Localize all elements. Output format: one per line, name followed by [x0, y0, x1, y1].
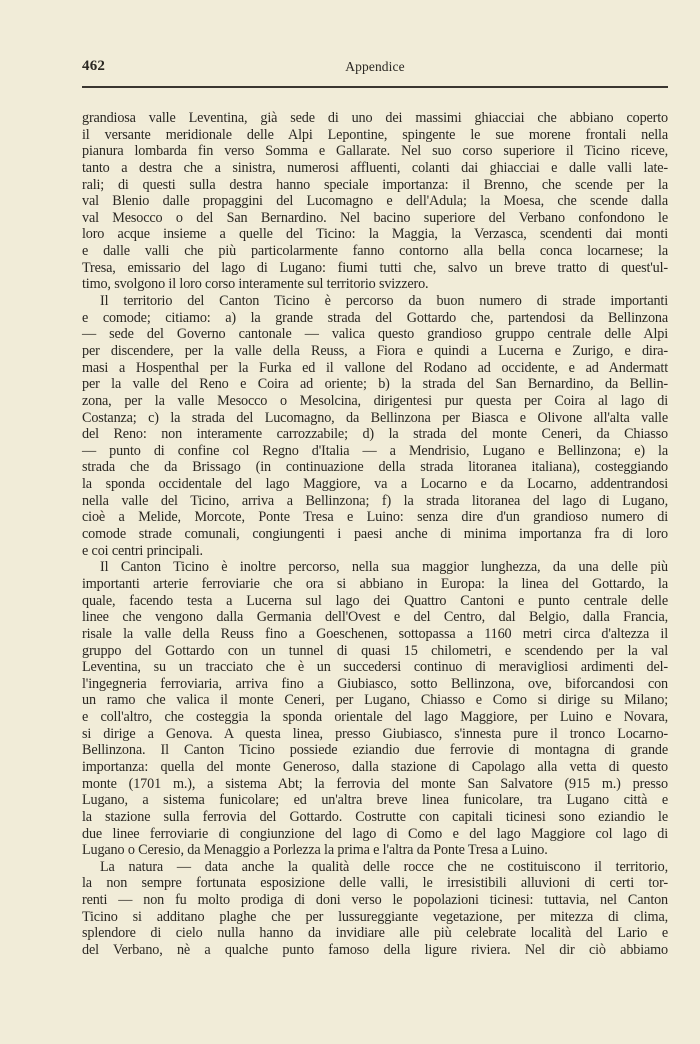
text-line: e comode; citiamo: a) la grande strada d… [82, 310, 668, 327]
text-line: del Verbano, nè a qualche punto famoso d… [82, 942, 668, 959]
text-line: del Reno: non interamente carrozzabile; … [82, 426, 668, 443]
text-line: il versante meridionale delle Alpi Lepon… [82, 127, 668, 144]
text-line: splendore di cielo nulla hanno da invidi… [82, 925, 668, 942]
text-line: e coi centri principali. [82, 543, 668, 560]
text-line: timo, svolgono il loro corso interamente… [82, 276, 668, 293]
text-line: risale la valle della Reuss fino a Goesc… [82, 626, 668, 643]
text-line: Leventina, su un tracciato che è un succ… [82, 659, 668, 676]
text-line: importanti arterie ferroviarie che ora s… [82, 576, 668, 593]
text-line: — sede del Governo cantonale — valica qu… [82, 326, 668, 343]
paragraph-first-line: La natura — data anche la qualità delle … [82, 859, 668, 876]
text-line: e dalle valli che più particolarmente fa… [82, 243, 668, 260]
text-line: Costanza; c) la strada del Lucomagno, da… [82, 410, 668, 427]
text-line: la sponda occidentale del lago Maggiore,… [82, 476, 668, 493]
text-line: l'ingegneria ferroviaria, arriva fino a … [82, 676, 668, 693]
text-line: due linee ferroviarie di congiunzione de… [82, 826, 668, 843]
text-line: la stazione sulla ferrovia del Gottardo.… [82, 809, 668, 826]
text-line: la non sempre fortunata esposizione dell… [82, 875, 668, 892]
text-line: importanza: quella del monte Generoso, d… [82, 759, 668, 776]
paragraph-first-line: Il Canton Ticino è inoltre percorso, nel… [82, 559, 668, 576]
text-line: Ticino si additano plaghe che per lussur… [82, 909, 668, 926]
text-line: monte (1701 m.), a sistema Abt; la ferro… [82, 776, 668, 793]
text-line: un ramo che valica il monte Ceneri, per … [82, 692, 668, 709]
text-line: per discendere, per la valle della Reuss… [82, 343, 668, 360]
text-line: pianura lombarda fin verso Somma e Galla… [82, 143, 668, 160]
text-line: quale, facendo testa a Lucerna sul lago … [82, 593, 668, 610]
text-line: comode strade comunali, congiungenti i p… [82, 526, 668, 543]
text-line: si dirige a Genova. A questa linea, pres… [82, 726, 668, 743]
text-line: — punto di confine col Regno d'Italia — … [82, 443, 668, 460]
text-line: Bellinzona. Il Canton Ticino possiede ez… [82, 742, 668, 759]
running-title: Appendice [82, 59, 668, 75]
text-line: renti — non fu molto prodiga di doni ver… [82, 892, 668, 909]
page-header: 462 Appendice [82, 58, 668, 80]
text-line: tanto a destra che a sinistra, numerosi … [82, 160, 668, 177]
text-line: Lugano, a sistema funicolare; ed un'altr… [82, 792, 668, 809]
text-line: gruppo del Gottardo con un tunnel di qua… [82, 643, 668, 660]
text-line: strada che da Brissago (in continuazione… [82, 459, 668, 476]
text-line: cioè a Melide, Morcote, Ponte Tresa e Lu… [82, 509, 668, 526]
text-line: masi a Hospenthal per la Furka ed il val… [82, 360, 668, 377]
text-line: grandiosa valle Leventina, già sede di u… [82, 110, 668, 127]
text-line: nella valle del Ticino, arriva a Bellinz… [82, 493, 668, 510]
text-line: linee che vengono dalla Germania dell'Ov… [82, 609, 668, 626]
text-line: e coll'altro, che costeggia la sponda or… [82, 709, 668, 726]
text-line: loro acque insieme a quelle del Ticino: … [82, 226, 668, 243]
text-line: val Mesocco o del San Bernardino. Nel ba… [82, 210, 668, 227]
header-rule [82, 86, 668, 88]
text-line: Lugano o Ceresio, da Menaggio a Porlezza… [82, 842, 668, 859]
book-page: 462 Appendice grandiosa valle Leventina,… [0, 0, 700, 1044]
text-line: val Blenio dalle propaggini del Lucomagn… [82, 193, 668, 210]
text-line: Tresa, emissario del lago di Lugano: fiu… [82, 260, 668, 277]
text-line: rali; di questi sulla destra hanno speci… [82, 177, 668, 194]
text-line: per la valle del Reno e Coira ad oriente… [82, 376, 668, 393]
text-line: zona, per la valle Mesocco o Mesolcina, … [82, 393, 668, 410]
paragraph-first-line: Il territorio del Canton Ticino è percor… [82, 293, 668, 310]
body-text: grandiosa valle Leventina, già sede di u… [82, 110, 668, 959]
